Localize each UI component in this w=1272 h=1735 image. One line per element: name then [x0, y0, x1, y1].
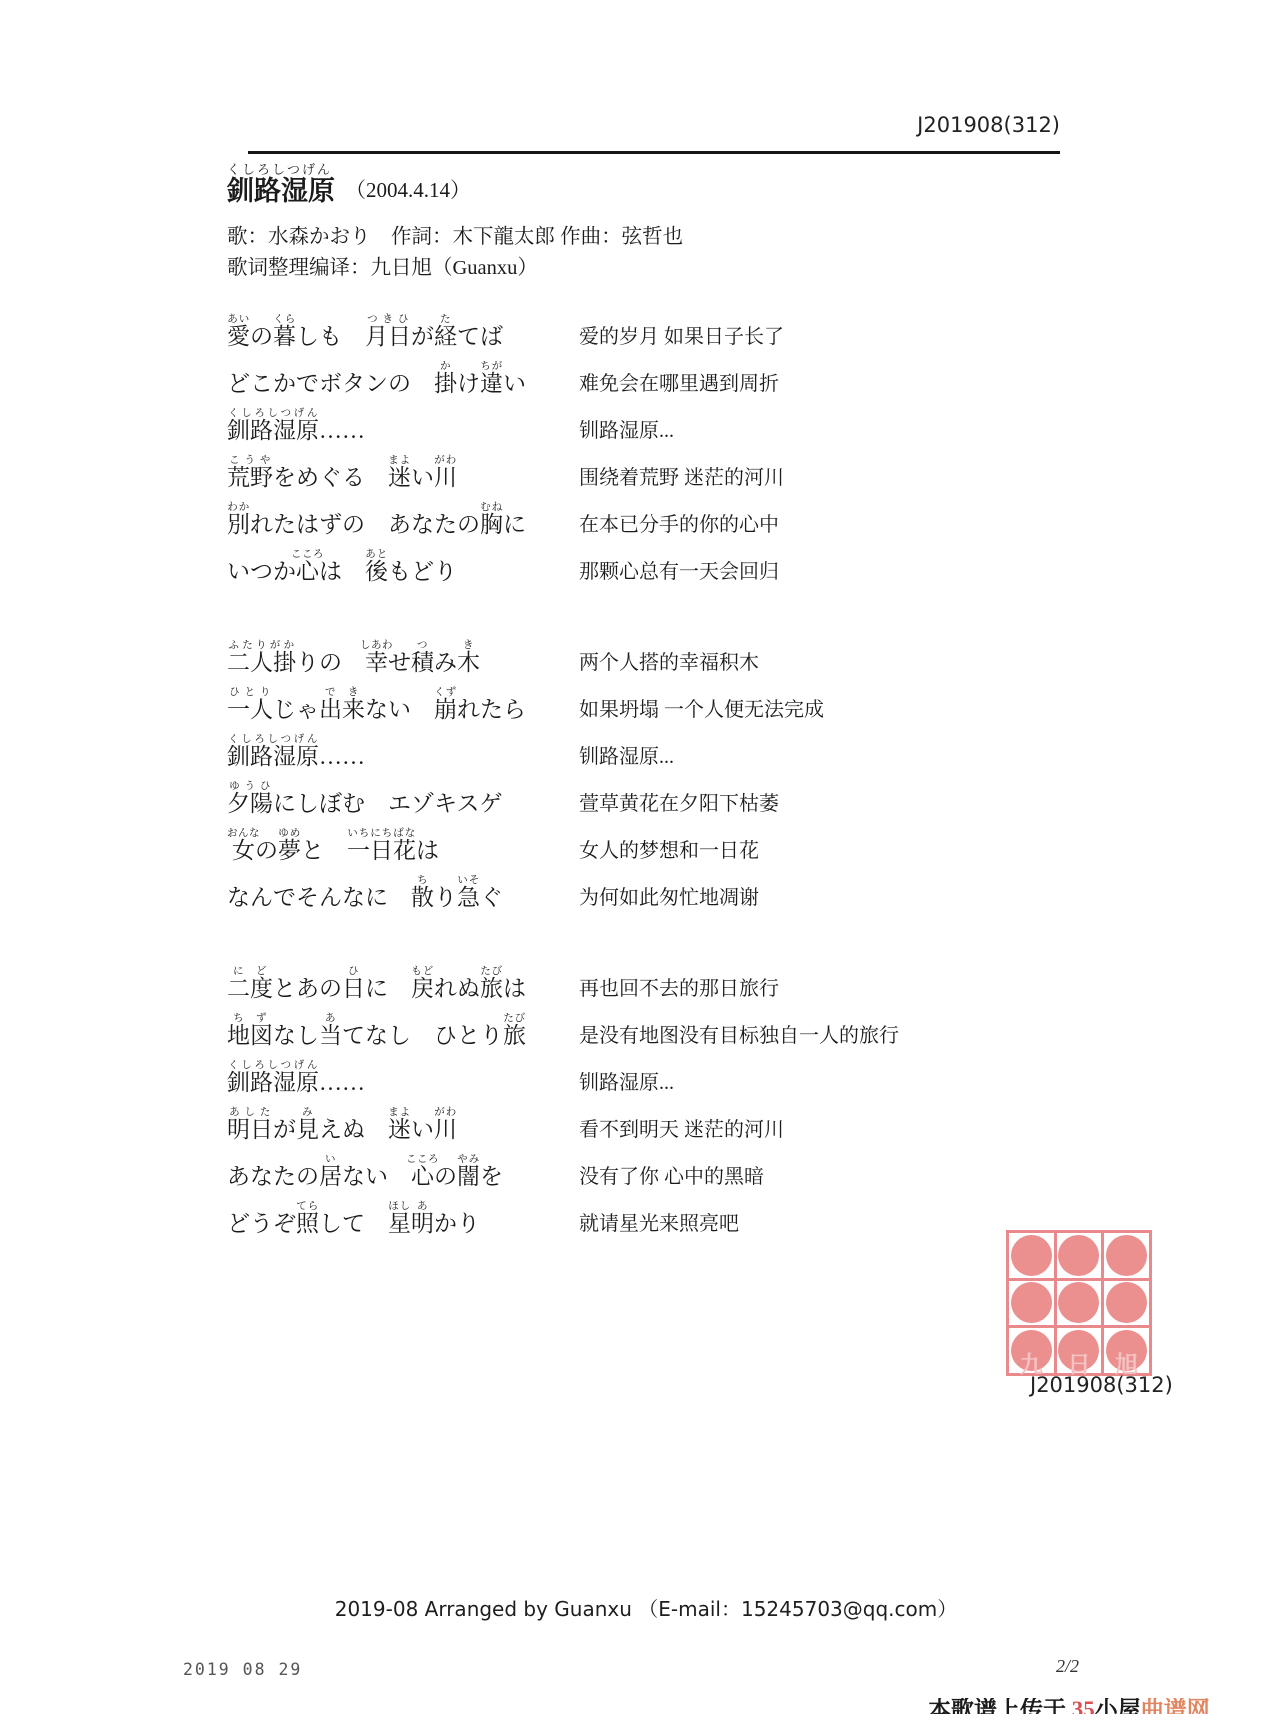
chinese-translation: 爱的岁月 如果日子长了	[579, 327, 784, 349]
japanese-lyric: 女おんなの夢ゆめと 一日花いちにちばなは	[227, 828, 579, 863]
lyric-row: あなたの居いない 心こころの闇やみを没有了你 心中的黑暗	[227, 1142, 899, 1189]
header-divider	[248, 151, 1060, 154]
song-title: くしろしつげん 釧路湿原	[227, 163, 335, 206]
lyric-row: 別わかれたはずの あなたの胸むねに在本已分手的你的心中	[227, 490, 899, 537]
chinese-translation: 钏路湿原...	[579, 1073, 674, 1095]
chinese-translation: 两个人搭的幸福积木	[579, 653, 759, 675]
seal-dot	[1011, 1282, 1052, 1323]
song-title-furigana: くしろしつげん	[227, 163, 332, 177]
footer-page-number: 2/2	[1056, 1656, 1079, 1677]
japanese-lyric: 夕陽ゆうひにしぼむ エゾキスゲ	[227, 781, 579, 816]
japanese-lyric: 地図ちずなし当あてなし ひとり旅たび	[227, 1013, 579, 1048]
lyric-row: どこかでボタンの 掛かけ違ちがい难免会在哪里遇到周折	[227, 349, 899, 396]
seal-caption: J201908(312)	[1030, 1373, 1173, 1397]
japanese-lyric: どうぞ照てらして 星ほし明あかり	[227, 1201, 579, 1236]
japanese-lyric: あなたの居いない 心こころの闇やみを	[227, 1154, 579, 1189]
lyric-row: 地図ちずなし当あてなし ひとり旅たび是没有地图没有目标独自一人的旅行	[227, 1001, 899, 1048]
lyric-row: 一人ひとりじゃ出来できない 崩くずれたら如果坍塌 一个人便无法完成	[227, 675, 899, 722]
chinese-translation: 围绕着荒野 迷茫的河川	[579, 468, 784, 490]
watermark-strip: 本歌谱上传于 35小屋曲谱网	[928, 1698, 1258, 1714]
lyrics: 愛あいの暮くらしも 月日つきひが経たてば爱的岁月 如果日子长了どこかでボタンの …	[227, 302, 899, 1280]
watermark-text: 小屋	[1095, 1698, 1141, 1714]
lyrics-sheet-page: J201908(312) くしろしつげん 釧路湿原 （2004.4.14） 歌：…	[0, 0, 1272, 1735]
japanese-lyric: いつか心こころは 後あともどり	[227, 549, 579, 584]
japanese-lyric: なんでそんなに 散ちり急いそぐ	[227, 875, 579, 910]
chinese-translation: 那颗心总有一天会回归	[579, 562, 779, 584]
seal-cell	[1104, 1281, 1149, 1326]
lyric-row: 愛あいの暮くらしも 月日つきひが経たてば爱的岁月 如果日子长了	[227, 302, 899, 349]
lyric-row: 釧路湿原くしろしつげん……钏路湿原...	[227, 722, 899, 769]
song-date: （2004.4.14）	[345, 174, 471, 206]
japanese-lyric: 二人掛ふたりがかりの 幸しあわせ積つみ木き	[227, 640, 579, 675]
japanese-lyric: 釧路湿原くしろしつげん……	[227, 1060, 579, 1095]
japanese-lyric: 明日あしたが見みえぬ 迷まよい川がわ	[227, 1107, 579, 1142]
title-block: くしろしつげん 釧路湿原 （2004.4.14）	[227, 163, 471, 206]
lyric-row: 女おんなの夢ゆめと 一日花いちにちばなは女人的梦想和一日花	[227, 816, 899, 863]
footer-arranged-by: 2019-08 Arranged by Guanxu （E-mail：15245…	[0, 1593, 1272, 1622]
credit-artists: 歌：水森かおり 作詞：木下龍太郎 作曲：弦哲也	[227, 222, 683, 253]
seal-dot	[1106, 1235, 1147, 1276]
japanese-lyric: 別わかれたはずの あなたの胸むねに	[227, 502, 579, 537]
seal-dot	[1011, 1235, 1052, 1276]
footer-scan-date: 2019 08 29	[183, 1660, 302, 1679]
watermark-text: 曲谱网	[1141, 1698, 1210, 1714]
chinese-translation: 就请星光来照亮吧	[579, 1214, 739, 1236]
chinese-translation: 为何如此匆忙地凋谢	[579, 888, 759, 910]
credits-block: 歌：水森かおり 作詞：木下龍太郎 作曲：弦哲也 歌词整理编译：九日旭（Guanx…	[227, 222, 683, 284]
seal-cell: 日	[1057, 1328, 1102, 1373]
verse: 二度にどとあの日ひに 戻もどれぬ旅たびは再也回不去的那日旅行地図ちずなし当あてな…	[227, 954, 899, 1236]
chinese-translation: 看不到明天 迷茫的河川	[579, 1120, 784, 1142]
chinese-translation: 钏路湿原...	[579, 421, 674, 443]
japanese-lyric: どこかでボタンの 掛かけ違ちがい	[227, 361, 579, 396]
watermark-text: 35	[1072, 1698, 1095, 1714]
japanese-lyric: 荒野こうやをめぐる 迷まよい川がわ	[227, 455, 579, 490]
chinese-translation: 再也回不去的那日旅行	[579, 979, 779, 1001]
chinese-translation: 难免会在哪里遇到周折	[579, 374, 779, 396]
lyric-row: なんでそんなに 散ちり急いそぐ为何如此匆忙地凋谢	[227, 863, 899, 910]
chinese-translation: 如果坍塌 一个人便无法完成	[579, 700, 824, 722]
seal-cell: 九	[1009, 1328, 1054, 1373]
watermark-text: 本歌谱上传于	[928, 1698, 1072, 1714]
lyric-row: 荒野こうやをめぐる 迷まよい川がわ围绕着荒野 迷茫的河川	[227, 443, 899, 490]
japanese-lyric: 一人ひとりじゃ出来できない 崩くずれたら	[227, 687, 579, 722]
japanese-lyric: 釧路湿原くしろしつげん……	[227, 408, 579, 443]
seal-dot	[1058, 1282, 1099, 1323]
seal-cell	[1057, 1233, 1102, 1278]
lyric-row: 二人掛ふたりがかりの 幸しあわせ積つみ木き两个人搭的幸福积木	[227, 628, 899, 675]
seal-cell	[1104, 1233, 1149, 1278]
credit-translator: 歌词整理编译：九日旭（Guanxu）	[227, 253, 683, 284]
lyric-row: いつか心こころは 後あともどり那颗心总有一天会回归	[227, 537, 899, 584]
lyric-row: どうぞ照てらして 星ほし明あかり就请星光来照亮吧	[227, 1189, 899, 1236]
document-code: J201908(312)	[917, 113, 1060, 137]
chinese-translation: 萱草黄花在夕阳下枯萎	[579, 794, 779, 816]
japanese-lyric: 釧路湿原くしろしつげん……	[227, 734, 579, 769]
lyric-row: 夕陽ゆうひにしぼむ エゾキスゲ萱草黄花在夕阳下枯萎	[227, 769, 899, 816]
lyric-row: 二度にどとあの日ひに 戻もどれぬ旅たびは再也回不去的那日旅行	[227, 954, 899, 1001]
seal-cell	[1057, 1281, 1102, 1326]
seal-cell	[1009, 1281, 1054, 1326]
song-title-text: 釧路湿原	[227, 177, 335, 205]
lyric-row: 釧路湿原くしろしつげん……钏路湿原...	[227, 1048, 899, 1095]
seal-grid: 九日旭	[1006, 1230, 1152, 1376]
verse: 二人掛ふたりがかりの 幸しあわせ積つみ木き两个人搭的幸福积木一人ひとりじゃ出来で…	[227, 628, 899, 910]
seal-dot	[1106, 1282, 1147, 1323]
chinese-translation: 钏路湿原...	[579, 747, 674, 769]
song-title-line: くしろしつげん 釧路湿原 （2004.4.14）	[227, 163, 471, 206]
japanese-lyric: 二度にどとあの日ひに 戻もどれぬ旅たびは	[227, 966, 579, 1001]
seal-dot	[1058, 1235, 1099, 1276]
seal-cell	[1009, 1233, 1054, 1278]
verse: 愛あいの暮くらしも 月日つきひが経たてば爱的岁月 如果日子长了どこかでボタンの …	[227, 302, 899, 584]
chinese-translation: 女人的梦想和一日花	[579, 841, 759, 863]
chinese-translation: 在本已分手的你的心中	[579, 515, 779, 537]
chinese-translation: 没有了你 心中的黑暗	[579, 1167, 764, 1189]
japanese-lyric: 愛あいの暮くらしも 月日つきひが経たてば	[227, 314, 579, 349]
seal-cell: 旭	[1104, 1328, 1149, 1373]
lyric-row: 釧路湿原くしろしつげん……钏路湿原...	[227, 396, 899, 443]
chinese-translation: 是没有地图没有目标独自一人的旅行	[579, 1026, 899, 1048]
lyric-row: 明日あしたが見みえぬ 迷まよい川がわ看不到明天 迷茫的河川	[227, 1095, 899, 1142]
